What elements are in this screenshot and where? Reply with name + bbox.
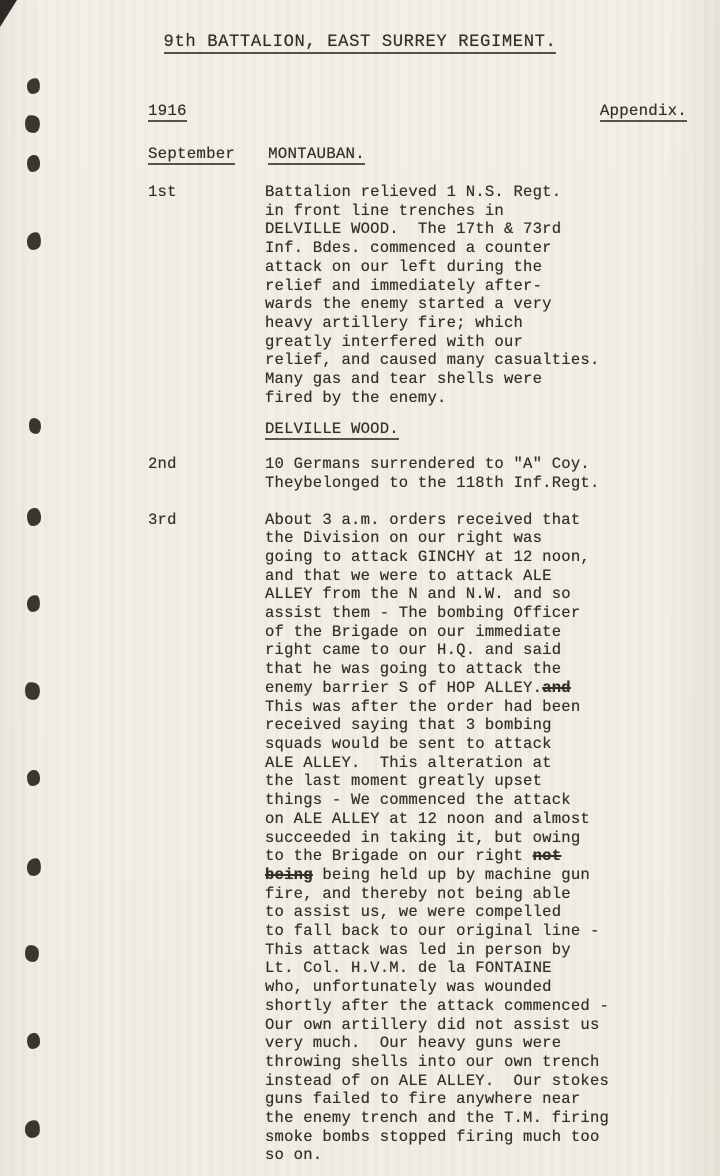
binding-mark (27, 508, 42, 527)
entry-line: fired by the enemy. (265, 389, 700, 408)
entry-line: so on. (265, 1146, 700, 1165)
document-page: 9th BATTALION, EAST SURREY REGIMENT. 191… (0, 0, 720, 1176)
entry-line: 10 Germans surrendered to "A" Coy. (265, 455, 700, 474)
entry-line: going to attack GINCHY at 12 noon, (265, 548, 700, 567)
entry-line: greatly interfered with our (265, 333, 700, 352)
entry-line: in front line trenches in (265, 202, 700, 221)
entry-text: About 3 a.m. orders received thatthe Div… (265, 511, 700, 1166)
entry-line: relief and immediately after- (265, 277, 700, 296)
entry-line: on ALE ALLEY at 12 noon and almost (265, 810, 700, 829)
entry-date: 2nd (148, 455, 265, 492)
binding-mark (26, 231, 42, 251)
entry-line: DELVILLE WOOD. The 17th & 73rd (265, 220, 700, 239)
month-row: September MONTAUBAN. (148, 145, 365, 165)
document-title: 9th BATTALION, EAST SURREY REGIMENT. (164, 33, 557, 54)
entry-line: attack on our left during the (265, 258, 700, 277)
entry-line: to the Brigade on our right not (265, 847, 700, 866)
entry-line: received saying that 3 bombing (265, 716, 700, 735)
entry-line: wards the enemy started a very (265, 295, 700, 314)
section-heading-row: DELVILLE WOOD. (148, 420, 700, 439)
entry-line: succeeded in taking it, but owing (265, 829, 700, 848)
binding-mark (26, 594, 41, 613)
binding-mark (24, 944, 41, 963)
entry-line: being being held up by machine gun (265, 866, 700, 885)
entry-text: 10 Germans surrendered to "A" Coy.Theybe… (265, 455, 700, 492)
section-heading: DELVILLE WOOD. (265, 420, 399, 440)
entry-date: 1st (148, 183, 265, 407)
entry-line: This was after the order had been (265, 698, 700, 717)
entry-line: ALLEY from the N and N.W. and so (265, 585, 700, 604)
entry-line: heavy artillery fire; which (265, 314, 700, 333)
entry-line: smoke bombs stopped firing much too (265, 1128, 700, 1147)
entry-line: About 3 a.m. orders received that (265, 511, 700, 530)
entry-line: and that we were to attack ALE (265, 567, 700, 586)
diary-entry: 3rd About 3 a.m. orders received thatthe… (148, 511, 700, 1166)
appendix-label: Appendix. (600, 102, 687, 122)
entry-line: the enemy trench and the T.M. firing (265, 1109, 700, 1128)
entry-line: instead of on ALE ALLEY. Our stokes (265, 1072, 700, 1091)
entry-line: Our own artillery did not assist us (265, 1016, 700, 1035)
entry-line: very much. Our heavy guns were (265, 1034, 700, 1053)
corner-tear-mark (0, 0, 17, 27)
entry-date: 3rd (148, 511, 265, 1166)
entry-line: to fall back to our original line - (265, 922, 700, 941)
entry-line: Inf. Bdes. commenced a counter (265, 239, 700, 258)
entry-line: squads would be sent to attack (265, 735, 700, 754)
binding-mark (27, 1033, 41, 1050)
binding-mark (27, 770, 41, 787)
binding-mark (27, 155, 41, 173)
entry-line: things - We commenced the attack (265, 791, 700, 810)
year-appendix-row: 1916 Appendix. (0, 102, 720, 122)
entry-line: throwing shells into our own trench (265, 1053, 700, 1072)
diary-entry: 1st Battalion relieved 1 N.S. Regt.in fr… (148, 183, 700, 407)
binding-mark (26, 857, 42, 877)
binding-mark (26, 77, 41, 95)
entry-text: Battalion relieved 1 N.S. Regt.in front … (265, 183, 700, 407)
year-label: 1916 (148, 102, 187, 122)
entry-line: guns failed to fire anywhere near (265, 1090, 700, 1109)
entry-line: ALE ALLEY. This alteration at (265, 754, 700, 773)
place-heading: MONTAUBAN. (268, 145, 365, 165)
entry-line: to assist us, we were compelled (265, 903, 700, 922)
entry-line: that he was going to attack the (265, 660, 700, 679)
binding-mark (24, 1119, 41, 1139)
entry-line: Lt. Col. H.V.M. de la FONTAINE (265, 959, 700, 978)
diary-entry: 2nd 10 Germans surrendered to "A" Coy.Th… (148, 455, 700, 492)
entry-line: who, unfortunately was wounded (265, 978, 700, 997)
entry-line: the last moment greatly upset (265, 772, 700, 791)
document-title-row: 9th BATTALION, EAST SURREY REGIMENT. (0, 33, 720, 52)
entry-line: relief, and caused many casualties. (265, 351, 700, 370)
entry-line: the Division on our right was (265, 529, 700, 548)
entry-line: shortly after the attack commenced - (265, 997, 700, 1016)
entry-line: Battalion relieved 1 N.S. Regt. (265, 183, 700, 202)
binding-mark (28, 417, 43, 435)
entry-line: This attack was led in person by (265, 941, 700, 960)
binding-mark (24, 681, 42, 701)
entry-line: Many gas and tear shells were (265, 370, 700, 389)
entry-line: enemy barrier S of HOP ALLEY.and (265, 679, 700, 698)
entry-line: Theybelonged to the 118th Inf.Regt. (265, 474, 700, 493)
entry-line: of the Brigade on our immediate (265, 623, 700, 642)
entry-line: assist them - The bombing Officer (265, 604, 700, 623)
entries-section: 1st Battalion relieved 1 N.S. Regt.in fr… (148, 183, 700, 1165)
entry-line: fire, and thereby not being able (265, 885, 700, 904)
month-label: September (148, 145, 235, 165)
entry-line: right came to our H.Q. and said (265, 641, 700, 660)
